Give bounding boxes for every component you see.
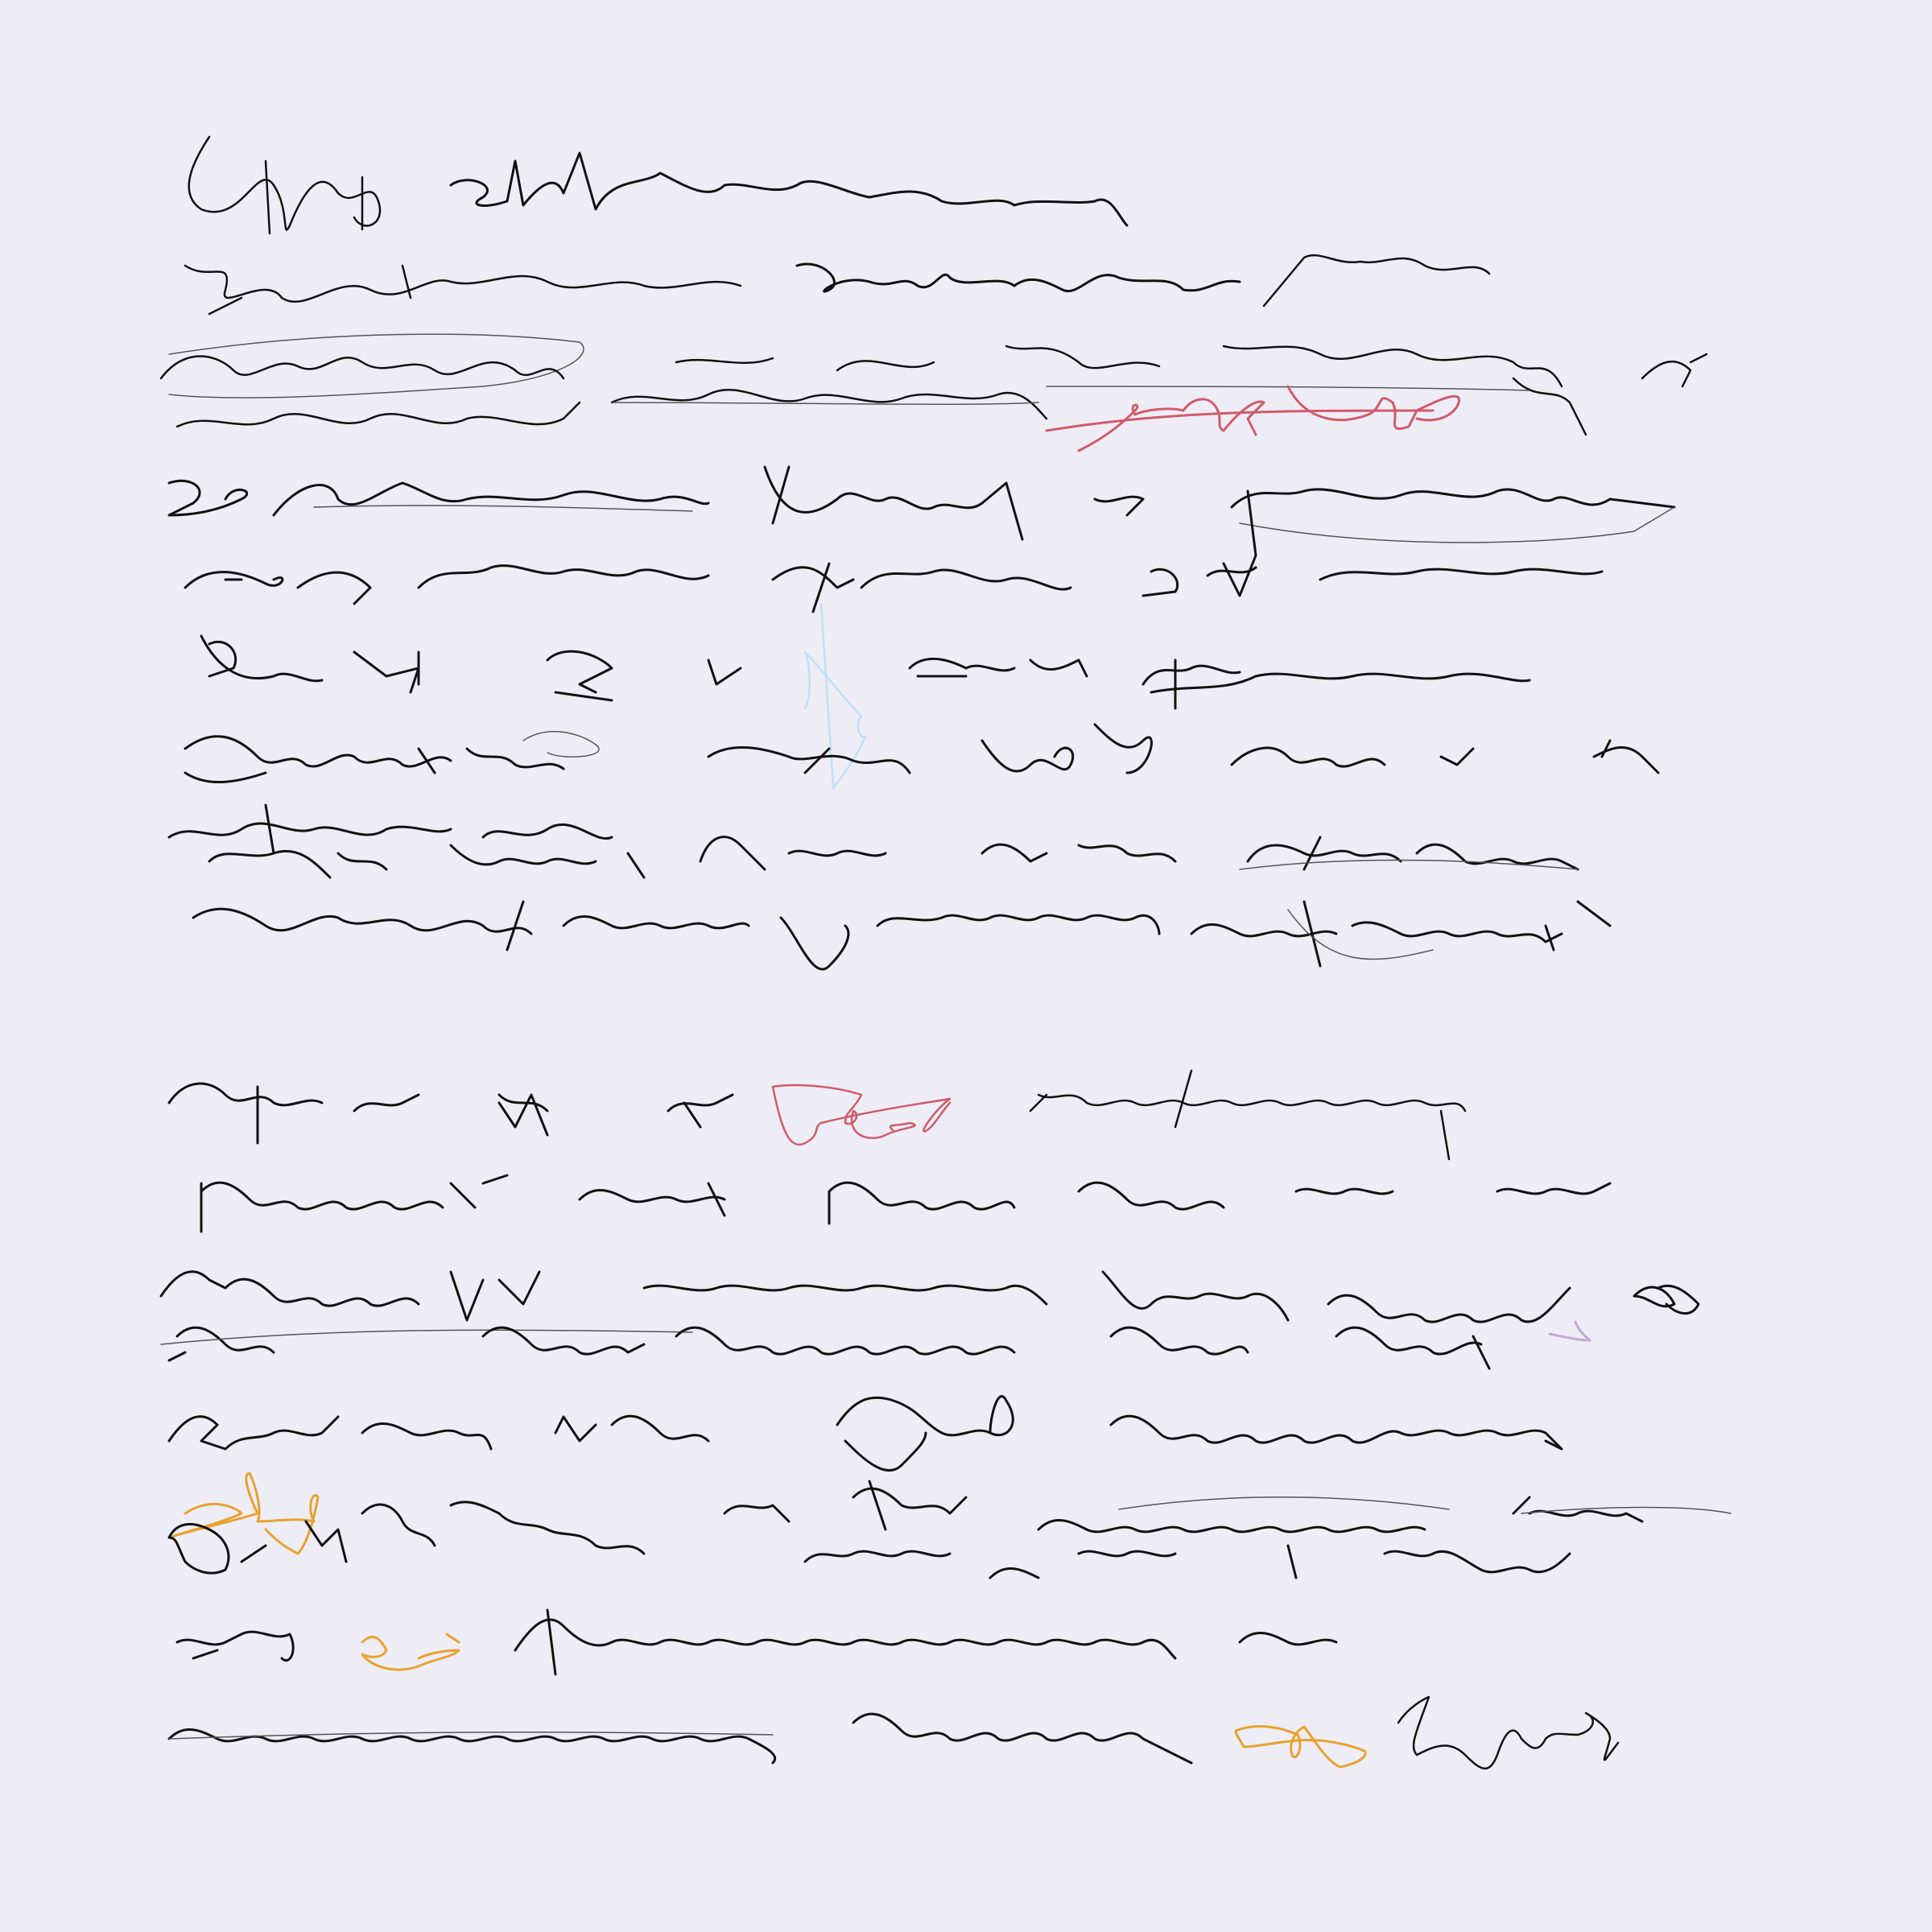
- handwriting-canvas: [0, 0, 1932, 1932]
- page-background: [0, 0, 1932, 1932]
